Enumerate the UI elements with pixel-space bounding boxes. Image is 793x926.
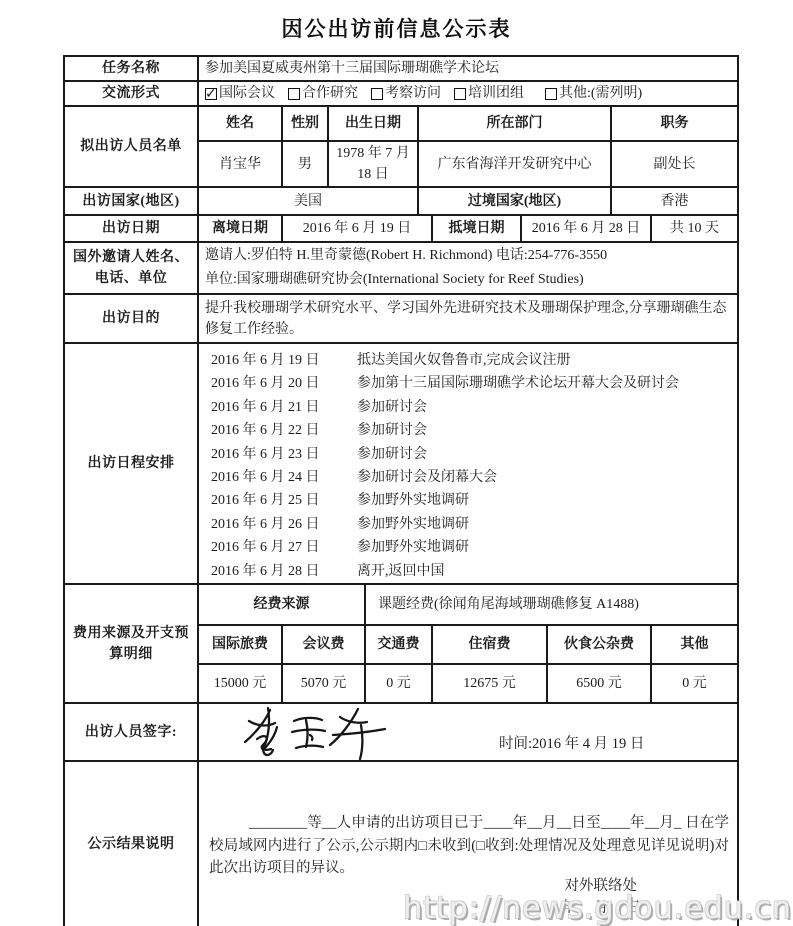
itinerary-item: 2016 年 6 月 28 日离开,返回中国: [211, 560, 729, 583]
itinerary-activity: 参加研讨会: [357, 396, 729, 419]
option-label: 培训团组: [468, 83, 524, 104]
budget-source-value: 课题经费(徐闻角尾海域珊瑚礁修复 A1488): [365, 584, 738, 625]
option-label: 考察访问: [385, 83, 441, 104]
itinerary-date: 2016 年 6 月 21 日: [211, 396, 357, 419]
countries-label: 出访国家(地区): [64, 187, 198, 215]
task-label: 任务名称: [64, 56, 198, 81]
checkbox-icon: [371, 88, 383, 100]
inviter-info: 邀请人:罗伯特 H.里奇蒙德(Robert H. Richmond) 电话:25…: [198, 242, 738, 294]
task-row: 任务名称 参加美国夏威夷州第十三届国际珊瑚礁学术论坛: [64, 56, 738, 81]
page-title: 因公出访前信息公示表: [0, 0, 793, 43]
itinerary-date: 2016 年 6 月 27 日: [211, 536, 357, 559]
itinerary-item: 2016 年 6 月 23 日参加研讨会: [211, 443, 729, 466]
col-header-department: 所在部门: [418, 106, 611, 141]
col-header-gender: 性别: [282, 106, 328, 141]
itinerary-activity: 离开,返回中国: [357, 560, 729, 583]
depart-label: 离境日期: [198, 215, 282, 242]
dates-label: 出访日期: [64, 215, 198, 242]
exchange-option: 国际会议: [205, 83, 275, 104]
task-value: 参加美国夏威夷州第十三届国际珊瑚礁学术论坛: [198, 56, 738, 81]
exchange-option: 考察访问: [371, 83, 441, 104]
itinerary-activity: 参加野外实地调研: [357, 536, 729, 559]
budget-col-header: 交通费: [365, 625, 432, 664]
budget-value: 0 元: [651, 664, 738, 703]
depart-date: 2016 年 6 月 19 日: [282, 215, 432, 242]
personnel-label: 拟出访人员名单: [64, 106, 198, 187]
budget-label: 费用来源及开支预算明细: [64, 584, 198, 703]
transit-country: 香港: [611, 187, 738, 215]
budget-source-label: 经费来源: [198, 584, 365, 625]
exchange-option: 培训团组: [454, 83, 524, 104]
budget-value: 6500 元: [547, 664, 651, 703]
budget-value: 15000 元: [198, 664, 282, 703]
budget-value: 12675 元: [432, 664, 547, 703]
arrive-date: 2016 年 6 月 28 日: [521, 215, 651, 242]
person-department: 广东省海洋开发研究中心: [418, 141, 611, 187]
itinerary-activity: 参加研讨会: [357, 443, 729, 466]
signature-time: 时间:2016 年 4 月 19 日: [499, 734, 644, 756]
arrive-label: 抵境日期: [432, 215, 521, 242]
checkbox-icon: [454, 88, 466, 100]
col-header-birth: 出生日期: [328, 106, 418, 141]
exchange-options: 国际会议 合作研究 考察访问 培训团组 其他:(需列明): [198, 81, 738, 106]
itinerary-activity: 参加研讨会及闭幕大会: [357, 466, 729, 489]
budget-col-header: 住宿费: [432, 625, 547, 664]
signature-row: 出访人员签字:: [64, 703, 738, 761]
exchange-row: 交流形式 国际会议 合作研究 考察访问 培训团组 其他:(需列明): [64, 81, 738, 106]
itinerary-date: 2016 年 6 月 25 日: [211, 489, 357, 512]
inviter-row: 国外邀请人姓名、电话、单位 邀请人:罗伯特 H.里奇蒙德(Robert H. R…: [64, 242, 738, 294]
person-position: 副处长: [611, 141, 738, 187]
total-days: 共 10 天: [651, 215, 738, 242]
itinerary-item: 2016 年 6 月 19 日抵达美国火奴鲁鲁市,完成会议注册: [211, 349, 729, 372]
itinerary-row: 出访日程安排 2016 年 6 月 19 日抵达美国火奴鲁鲁市,完成会议注册 2…: [64, 343, 738, 584]
budget-value: 5070 元: [282, 664, 365, 703]
itinerary-date: 2016 年 6 月 19 日: [211, 349, 357, 372]
itinerary-item: 2016 年 6 月 25 日参加野外实地调研: [211, 489, 729, 512]
person-name: 肖宝华: [198, 141, 282, 187]
person-gender: 男: [282, 141, 328, 187]
itinerary-activity: 抵达美国火奴鲁鲁市,完成会议注册: [357, 349, 729, 372]
itinerary-activity: 参加第十三届国际珊瑚礁学术论坛开幕大会及研讨会: [357, 372, 729, 395]
itinerary-list: 2016 年 6 月 19 日抵达美国火奴鲁鲁市,完成会议注册 2016 年 6…: [198, 343, 738, 584]
exchange-label: 交流形式: [64, 81, 198, 106]
itinerary-item: 2016 年 6 月 27 日参加野外实地调研: [211, 536, 729, 559]
form-table: 任务名称 参加美国夏威夷州第十三届国际珊瑚礁学术论坛 交流形式 国际会议 合作研…: [63, 55, 739, 926]
inviter-label: 国外邀请人姓名、电话、单位: [64, 242, 198, 294]
checkbox-checked-icon: [205, 88, 217, 100]
document-page: 因公出访前信息公示表 任务名称 参加美国夏威夷州第十三届国际珊瑚礁学术论坛 交流…: [0, 0, 793, 926]
destination-country: 美国: [198, 187, 418, 215]
budget-col-header: 会议费: [282, 625, 365, 664]
signature-cell: 时间:2016 年 4 月 19 日: [198, 703, 738, 761]
itinerary-item: 2016 年 6 月 21 日参加研讨会: [211, 396, 729, 419]
purpose-label: 出访目的: [64, 294, 198, 343]
budget-col-header: 国际旅费: [198, 625, 282, 664]
option-label: 其他:(需列明): [559, 83, 642, 104]
purpose-text: 提升我校珊瑚学术研究水平、学习国外先进研究技术及珊瑚保护理念,分享珊瑚礁生态修复…: [198, 294, 738, 343]
col-header-position: 职务: [611, 106, 738, 141]
itinerary-date: 2016 年 6 月 20 日: [211, 372, 357, 395]
checkbox-icon: [288, 88, 300, 100]
itinerary-date: 2016 年 6 月 24 日: [211, 466, 357, 489]
itinerary-item: 2016 年 6 月 24 日参加研讨会及闭幕大会: [211, 466, 729, 489]
itinerary-date: 2016 年 6 月 22 日: [211, 419, 357, 442]
itinerary-date: 2016 年 6 月 28 日: [211, 560, 357, 583]
col-header-name: 姓名: [198, 106, 282, 141]
transit-label: 过境国家(地区): [418, 187, 611, 215]
budget-value: 0 元: [365, 664, 432, 703]
signature-label: 出访人员签字:: [64, 703, 198, 761]
budget-source-row: 费用来源及开支预算明细 经费来源 课题经费(徐闻角尾海域珊瑚礁修复 A1488): [64, 584, 738, 625]
budget-col-header: 其他: [651, 625, 738, 664]
notice-label: 公示结果说明: [64, 761, 198, 926]
itinerary-date: 2016 年 6 月 23 日: [211, 443, 357, 466]
notice-paragraph: ________等__人申请的出访项目已于____年__月__日至____年__…: [209, 812, 729, 880]
option-label: 合作研究: [302, 83, 358, 104]
itinerary-item: 2016 年 6 月 20 日参加第十三届国际珊瑚礁学术论坛开幕大会及研讨会: [211, 372, 729, 395]
itinerary-date: 2016 年 6 月 26 日: [211, 513, 357, 536]
watermark-url: http://news.gdou.edu.cn: [403, 891, 792, 926]
purpose-row: 出访目的 提升我校珊瑚学术研究水平、学习国外先进研究技术及珊瑚保护理念,分享珊瑚…: [64, 294, 738, 343]
handwritten-signature: [237, 705, 402, 761]
countries-row: 出访国家(地区) 美国 过境国家(地区) 香港: [64, 187, 738, 215]
exchange-option: 合作研究: [288, 83, 358, 104]
option-label: 国际会议: [219, 83, 275, 104]
exchange-option: 其他:(需列明): [545, 83, 642, 104]
checkbox-icon: [545, 88, 557, 100]
itinerary-item: 2016 年 6 月 22 日参加研讨会: [211, 419, 729, 442]
person-birth: 1978 年 7 月 18 日: [328, 141, 418, 187]
itinerary-activity: 参加研讨会: [357, 419, 729, 442]
budget-col-header: 伙食公杂费: [547, 625, 651, 664]
itinerary-activity: 参加野外实地调研: [357, 513, 729, 536]
itinerary-label: 出访日程安排: [64, 343, 198, 584]
inviter-line2: 单位:国家珊瑚礁研究协会(International Society for R…: [205, 268, 731, 292]
itinerary-activity: 参加野外实地调研: [357, 489, 729, 512]
dates-row: 出访日期 离境日期 2016 年 6 月 19 日 抵境日期 2016 年 6 …: [64, 215, 738, 242]
itinerary-item: 2016 年 6 月 26 日参加野外实地调研: [211, 513, 729, 536]
personnel-header-row: 拟出访人员名单 姓名 性别 出生日期 所在部门 职务: [64, 106, 738, 141]
inviter-line1: 邀请人:罗伯特 H.里奇蒙德(Robert H. Richmond) 电话:25…: [205, 244, 731, 268]
